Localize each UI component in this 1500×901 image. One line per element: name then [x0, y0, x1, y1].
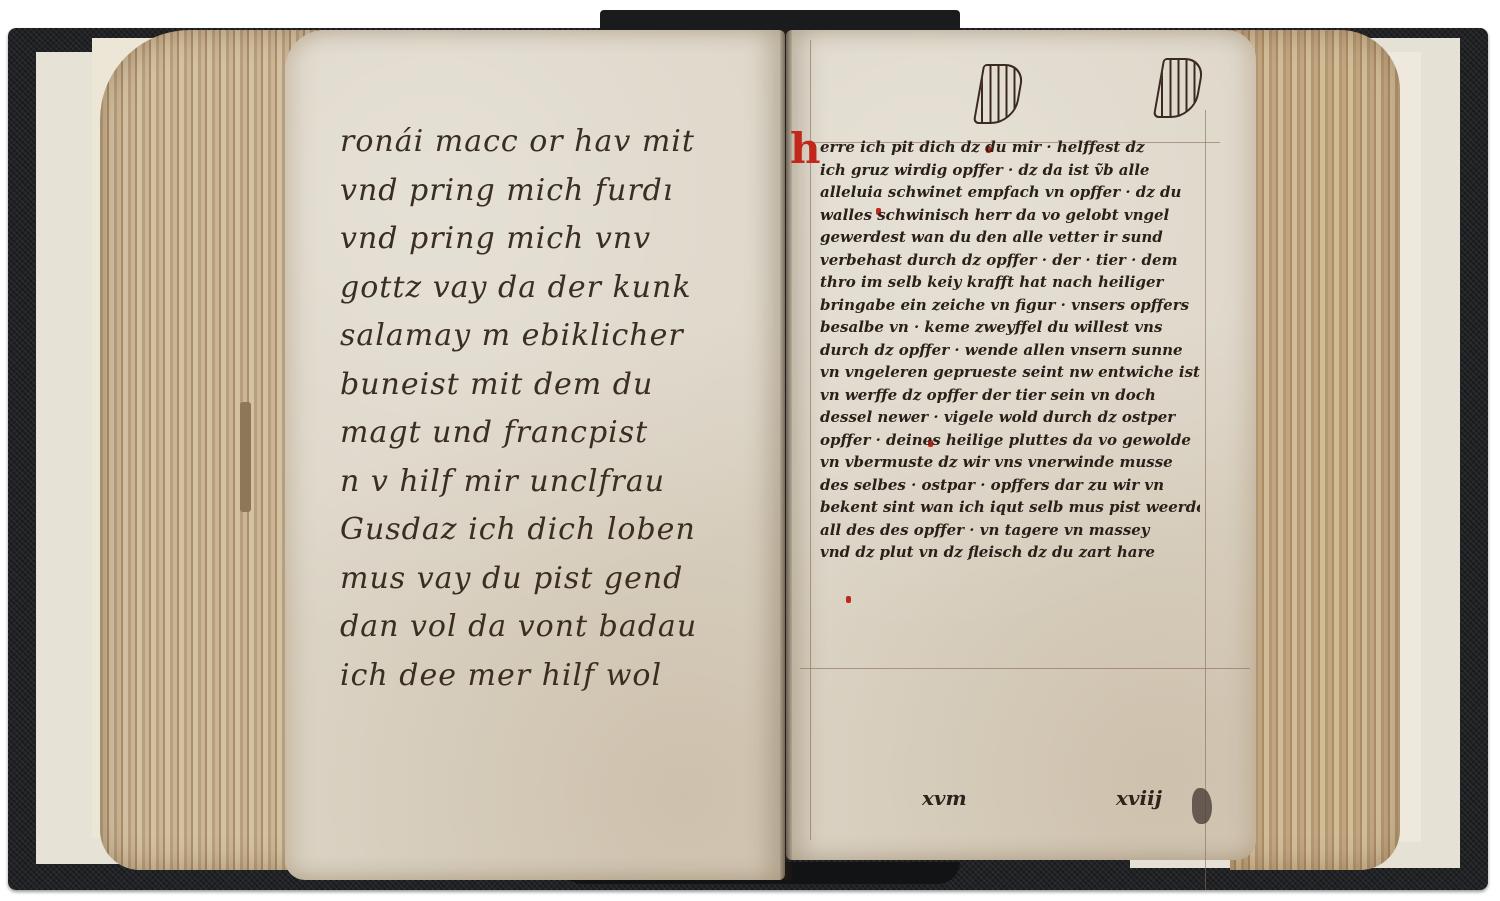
right-page-text: erre ich pit dich dz du mir · helffest d…	[820, 136, 1200, 564]
text-line: vnd dz plut vn dz fleisch dz du zart har…	[820, 541, 1200, 564]
rubric-mark	[846, 596, 851, 603]
text-line: Gusdaz ich dich loben	[340, 506, 780, 555]
ruling-bottom	[800, 668, 1250, 669]
left-page-text: ronái macc or hav mit vnd pring mich fu…	[340, 118, 780, 700]
text-line: bringabe ein zeiche vn figur · vnsers op…	[820, 294, 1200, 317]
ruling-right	[1205, 110, 1206, 890]
text-line: all des des opffer · vn tagere vn massey	[820, 519, 1200, 542]
text-line: vnd pring mich vnv	[340, 215, 780, 264]
text-line: ich gruz wirdig opffer · dz da ist ṽb a…	[820, 159, 1200, 182]
text-line: walles schwinisch herr da vo gelobt vnge…	[820, 204, 1200, 227]
text-line: bekent sint wan ich iqut selb mus pist w…	[820, 496, 1200, 519]
text-line: dan vol da vont badau	[340, 603, 780, 652]
text-line: salamay m ebiklicher	[340, 312, 780, 361]
text-line: mus vay du pist gend	[340, 555, 780, 604]
text-line: n v hilf mir unclfrau	[340, 458, 780, 507]
text-line: gewerdest wan du den alle vetter ir sund	[820, 226, 1200, 249]
text-line: buneist mit dem du	[340, 361, 780, 410]
text-line: vn vbermuste dz wir vns vnerwinde musse	[820, 451, 1200, 474]
text-line: verbehast durch dz opffer · der · tier ·…	[820, 249, 1200, 272]
catchword-2: xviij	[1116, 786, 1162, 810]
text-line: besalbe vn · keme zweyffel du willest vn…	[820, 316, 1200, 339]
red-initial: h	[790, 128, 821, 170]
text-line: vnd pring mich furdı	[340, 167, 780, 216]
page-tab-marker	[240, 402, 251, 512]
text-line: dessel newer · vigele wold durch dz ostp…	[820, 406, 1200, 429]
text-line: durch dz opffer · wende allen vnsern sun…	[820, 339, 1200, 362]
text-line: erre ich pit dich dz du mir · helffest d…	[820, 136, 1200, 159]
text-line: ich dee mer hilf wol	[340, 652, 780, 701]
text-line: opffer · deines heilige pluttes da vo ge…	[820, 429, 1200, 452]
text-line: vn werffe dz opffer der tier sein vn doc…	[820, 384, 1200, 407]
text-line: gottz vay da der kunk	[340, 264, 780, 313]
text-line: thro im selb keiy krafft hat nach heilig…	[820, 271, 1200, 294]
text-line: magt und francpist	[340, 409, 780, 458]
ink-blot	[1192, 788, 1212, 824]
manuscript-photo: ronái macc or hav mit vnd pring mich fu…	[0, 0, 1500, 901]
text-line: des selbes · ostpar · opffers dar zu wir…	[820, 474, 1200, 497]
catchword-1: xvm	[922, 786, 967, 810]
text-line: ronái macc or hav mit	[340, 118, 780, 167]
text-line: alleluia schwinet empfach vn opffer · dz…	[820, 181, 1200, 204]
text-line: vn vngeleren geprueste seint nw entwiche…	[820, 361, 1200, 384]
